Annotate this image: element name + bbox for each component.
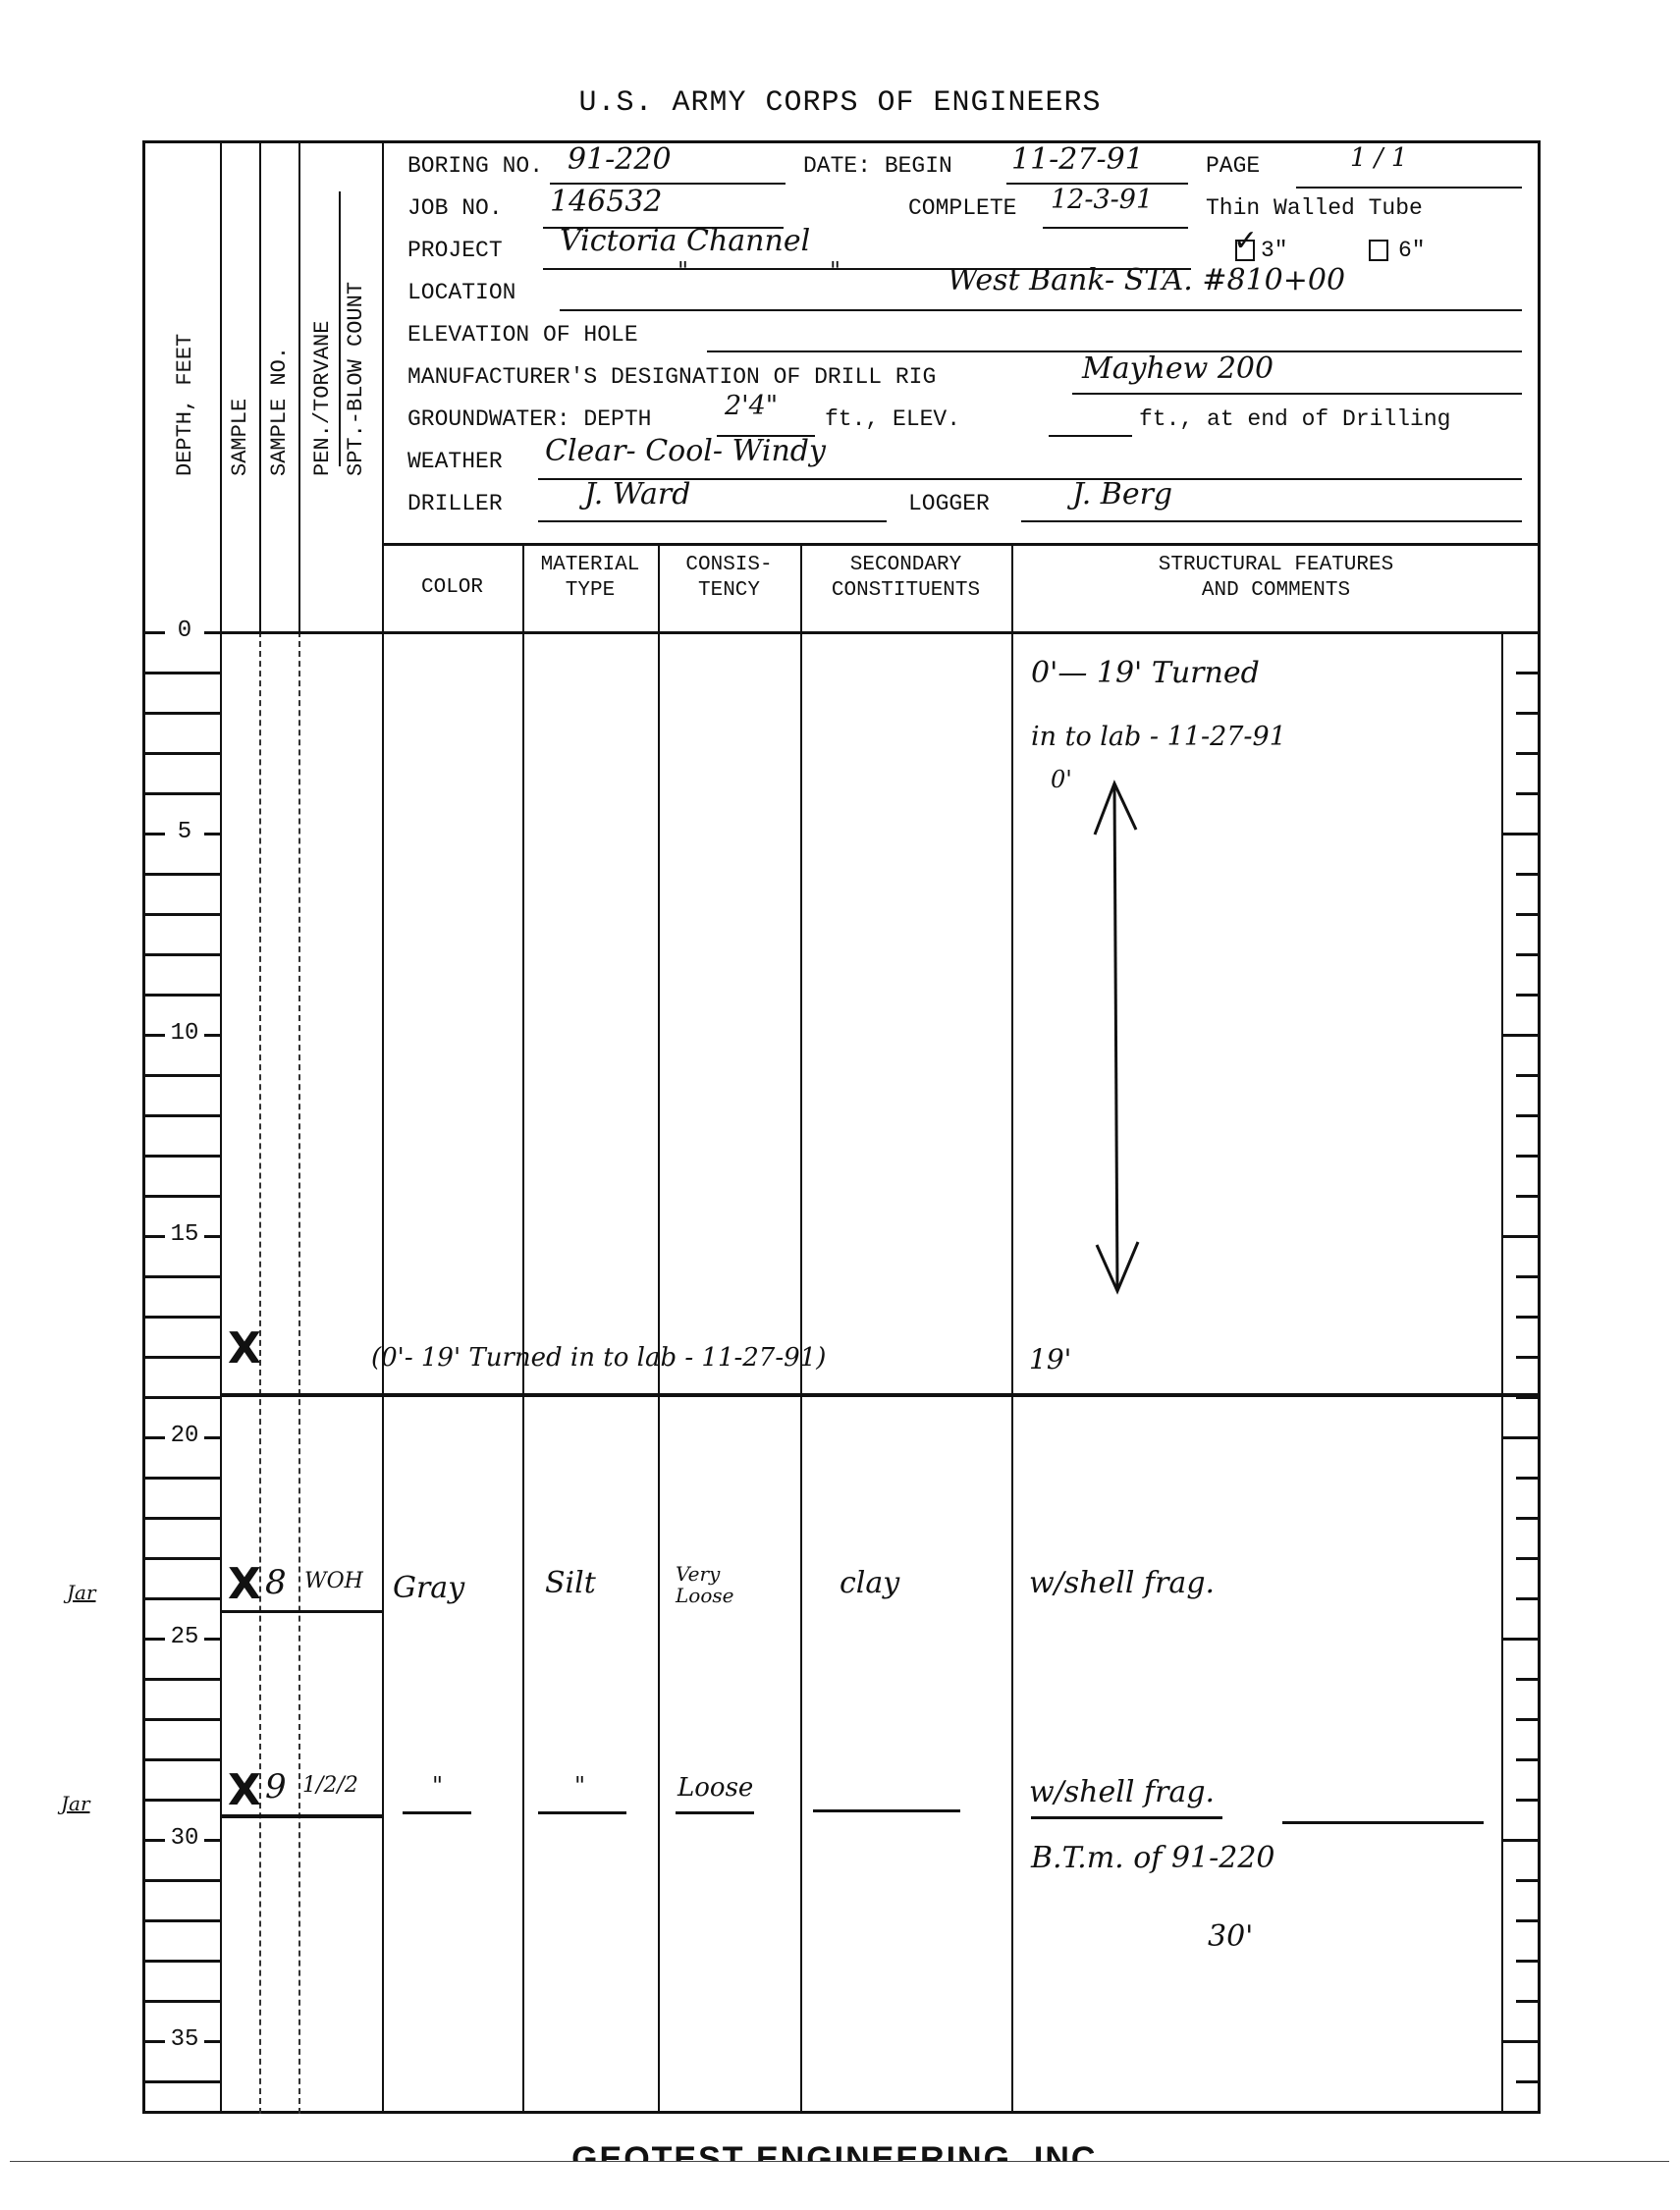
elevation-label: ELEVATION OF HOLE: [407, 322, 638, 348]
ruler-tick: [1501, 1436, 1541, 1439]
driller-underline: [538, 520, 887, 522]
depth-tick: [145, 1799, 220, 1802]
ruler-tick: [1501, 2040, 1541, 2043]
document-title: U.S. ARMY CORPS OF ENGINEERS: [0, 86, 1680, 120]
ruler-tick: [1516, 1477, 1541, 1480]
boring-no-label: BORING NO.: [407, 153, 543, 179]
project-value: Victoria Channel: [560, 224, 810, 258]
comment-30ft: w/shell frag.: [1029, 1775, 1215, 1809]
ruler-tick: [1501, 1839, 1541, 1842]
comment-19ft: 19': [1029, 1343, 1071, 1375]
ruler-tick: [1516, 953, 1541, 956]
depth-tick: [202, 2040, 220, 2043]
depth-tick: [202, 1235, 220, 1238]
end-note-30ft-line1: B.T.m. of 91-220: [1031, 1841, 1275, 1875]
tube-6in-checkbox[interactable]: [1369, 240, 1388, 261]
ruler-tick: [1516, 1718, 1541, 1721]
depth-tick: [145, 752, 220, 755]
ruler-tick: [1516, 913, 1541, 916]
comment-0ft-line2: in to lab - 11-27-91: [1031, 722, 1286, 752]
sample-marker-30ft: X: [228, 1769, 261, 1812]
row-note-19ft: (0'- 19' Turned in to lab - 11-27-91): [371, 1343, 826, 1373]
ruler-tick: [1516, 1597, 1541, 1600]
depth-tick: [145, 1758, 220, 1761]
depth-tick: [145, 1477, 220, 1480]
structural-header-line1: STRUCTURAL FEATURES: [1011, 553, 1541, 578]
depth-tick: [145, 1356, 220, 1359]
logger-label: LOGGER: [908, 491, 990, 516]
structural-header-line2: AND COMMENTS: [1011, 578, 1541, 604]
blow-count-24ft: WOH: [304, 1569, 363, 1593]
depth-tick: [145, 1436, 167, 1439]
ruler-tick: [1516, 672, 1541, 674]
footer-rule: [10, 2161, 1669, 2162]
consistency-header-line1: CONSIS-: [658, 553, 800, 578]
depth-tick: [145, 1195, 220, 1198]
location-value: West Bank- STA. #810+00: [948, 263, 1345, 297]
depth-label: 5: [165, 819, 204, 845]
date-begin-label: DATE: BEGIN: [803, 153, 952, 179]
drill-rig-underline: [1072, 393, 1522, 395]
consistency-header: CONSIS- TENCY: [658, 553, 800, 604]
depth-tick: [145, 1718, 220, 1721]
material-column-divider: [658, 543, 660, 2114]
color-column-header: COLOR: [382, 575, 522, 601]
secondary-column-divider: [1011, 543, 1013, 2114]
depth-label: 15: [165, 1221, 204, 1248]
ruler-tick: [1501, 833, 1541, 835]
secondary-header-line2: CONSTITUENTS: [800, 578, 1011, 604]
ruler-tick: [1516, 1074, 1541, 1077]
depth-tick: [145, 1074, 220, 1077]
page-label: PAGE: [1206, 153, 1260, 179]
depth-tick: [145, 1034, 167, 1037]
job-no-label: JOB NO.: [407, 195, 503, 221]
ruler-tick: [1516, 792, 1541, 795]
thin-walled-tube-label: Thin Walled Tube: [1206, 195, 1423, 221]
ruler-tick: [1516, 873, 1541, 876]
comment-24ft: w/shell frag.: [1029, 1566, 1215, 1600]
depth-tick: [145, 1235, 167, 1238]
depth-tick: [145, 2040, 167, 2043]
boring-end-line: [1282, 1821, 1484, 1824]
pen-torvane-label: PEN./TORVANE: [310, 321, 335, 476]
date-begin-value: 11-27-91: [1011, 142, 1144, 177]
page-underline: [1296, 187, 1522, 189]
depth-tick: [145, 1919, 220, 1922]
material-type-header: MATERIAL TYPE: [522, 553, 658, 604]
logger-value: J. Berg: [1072, 477, 1172, 512]
consistency-header-line2: TENCY: [658, 578, 800, 604]
footer-company-name: GEOTEST ENGINEERING, INC.: [0, 2140, 1680, 2162]
material-30ft-dash: [538, 1811, 626, 1814]
date-complete-value: 12-3-91: [1051, 185, 1153, 215]
logger-underline: [1021, 520, 1522, 522]
secondary-30ft-dash: [813, 1809, 960, 1812]
blow-count-30ft: 1/2/2: [302, 1773, 358, 1798]
depth-tick: [145, 1597, 220, 1600]
ruler-column-divider: [1501, 631, 1503, 2114]
ruler-tick: [1516, 1919, 1541, 1922]
depth-tick: [145, 1114, 220, 1117]
depth-zero-line: [142, 631, 1541, 634]
location-ditto-2: ": [830, 257, 840, 285]
weather-label: WEATHER: [407, 449, 503, 474]
location-underline: [560, 309, 1522, 311]
consistency-30ft-dash: [676, 1811, 754, 1814]
groundwater-elev-underline: [1049, 435, 1132, 437]
groundwater-depth-value: 2'4": [725, 391, 778, 421]
depth-label: 0: [165, 618, 204, 644]
ruler-tick: [1516, 752, 1541, 755]
depth-tick: [202, 1436, 220, 1439]
ruler-tick: [1516, 1799, 1541, 1802]
drill-rig-value: Mayhew 200: [1082, 351, 1274, 386]
complete-label: COMPLETE: [908, 195, 1016, 221]
ruler-tick: [1516, 2000, 1541, 2003]
consistency-30ft: Loose: [677, 1773, 753, 1803]
secondary-header-line1: SECONDARY: [800, 553, 1011, 578]
groundwater-label: GROUNDWATER: DEPTH: [407, 406, 651, 432]
depth-label: 20: [165, 1423, 204, 1449]
sample-no-column-divider-top: [298, 140, 300, 631]
location-ditto-1: ": [677, 257, 688, 285]
depth-tick: [145, 2080, 220, 2083]
check-mark-icon: ✓: [1233, 224, 1258, 258]
sample-no-24ft: 8: [265, 1563, 287, 1602]
sample-line-24ft: [220, 1610, 382, 1613]
color-30ft: ": [432, 1772, 443, 1800]
job-no-value: 146532: [550, 185, 663, 219]
depth-column-label: DEPTH, FEET: [173, 334, 197, 476]
structural-features-header: STRUCTURAL FEATURES AND COMMENTS: [1011, 553, 1541, 604]
depth-range-arrow-icon: [1075, 776, 1154, 1306]
ruler-tick: [1516, 1356, 1541, 1359]
ruler-tick: [1516, 1960, 1541, 1963]
comment-0ft-line1: 0'— 19' Turned: [1031, 656, 1260, 690]
header-row-boring: BORING NO.: [407, 153, 543, 179]
ruler-tick: [1516, 1758, 1541, 1761]
consistency-column-divider: [800, 543, 802, 2114]
sample-no-column-label: SAMPLE NO.: [267, 347, 292, 476]
depth-tick: [145, 1396, 220, 1399]
ruler-tick: [1516, 1195, 1541, 1198]
groundwater-end-label: ft., at end of Drilling: [1139, 406, 1450, 432]
location-label: LOCATION: [407, 280, 515, 305]
color-30ft-dash: [403, 1811, 471, 1814]
ruler-tick: [1516, 1879, 1541, 1882]
depth-tick: [202, 833, 220, 835]
depth-label: 35: [165, 2026, 204, 2053]
depth-tick: [145, 1839, 167, 1842]
margin-note-24ft: Jar: [67, 1581, 96, 1604]
depth-tick: [202, 1638, 220, 1641]
ruler-tick: [1501, 1235, 1541, 1238]
secondary-constituents-24ft: clay: [840, 1566, 899, 1600]
driller-label: DRILLER: [407, 491, 503, 516]
spt-blow-count-label: SPT.-BLOW COUNT: [344, 282, 368, 476]
sample-no-column-divider: [298, 631, 300, 2114]
depth-tick: [145, 913, 220, 916]
date-complete-underline: [1043, 227, 1188, 229]
ruler-tick: [1516, 1557, 1541, 1560]
sample-marker-19ft: X: [228, 1327, 261, 1371]
depth-label: 25: [165, 1624, 204, 1650]
sample-column-label: SAMPLE: [228, 399, 252, 476]
color-24ft: Gray: [393, 1571, 464, 1605]
depth-tick: [145, 2000, 220, 2003]
depth-tick: [145, 712, 220, 715]
depth-tick: [145, 1155, 220, 1158]
depth-tick: [145, 1960, 220, 1963]
ruler-tick: [1516, 1517, 1541, 1520]
project-label: PROJECT: [407, 238, 503, 263]
ruler-tick: [1516, 994, 1541, 997]
ruler-tick: [1501, 1638, 1541, 1641]
ruler-tick: [1516, 712, 1541, 715]
depth-tick: [145, 1275, 220, 1278]
pen-spt-fraction-line: [339, 191, 341, 466]
tube-3in-label: 3": [1261, 238, 1288, 263]
depth-tick: [145, 994, 220, 997]
depth-tick: [145, 1678, 220, 1681]
ruler-tick: [1516, 1114, 1541, 1117]
consistency-24ft: Very Loose: [676, 1563, 764, 1606]
ruler-tick: [1516, 1678, 1541, 1681]
sample-line-30ft: [220, 1814, 382, 1818]
sample-column-divider-top: [259, 140, 261, 631]
material-type-header-line1: MATERIAL: [522, 553, 658, 578]
groundwater-ft-elev-label: ft., ELEV.: [825, 406, 960, 432]
depth-tick: [145, 873, 220, 876]
sample-no-30ft: 9: [265, 1767, 287, 1806]
ruler-tick: [1501, 1034, 1541, 1037]
secondary-constituents-header: SECONDARY CONSTITUENTS: [800, 553, 1011, 604]
drill-rig-label: MANUFACTURER'S DESIGNATION OF DRILL RIG: [407, 364, 936, 390]
weather-value: Clear- Cool- Windy: [545, 434, 826, 468]
margin-note-30ft: Jar: [61, 1792, 90, 1815]
depth-label: 30: [165, 1825, 204, 1852]
depth-tick: [202, 1839, 220, 1842]
ruler-tick: [1516, 1275, 1541, 1278]
pen-column-divider: [382, 140, 384, 2114]
material-type-30ft: ": [574, 1772, 585, 1800]
depth-19ft-line: [220, 1393, 1541, 1397]
depth-tick: [145, 1638, 167, 1641]
material-type-header-line2: TYPE: [522, 578, 658, 604]
depth-tick: [145, 953, 220, 956]
depth-tick: [145, 833, 167, 835]
tube-6in-label: 6": [1398, 238, 1426, 263]
ruler-tick: [1516, 2080, 1541, 2083]
boring-no-value: 91-220: [568, 142, 672, 177]
comment-0ft-line3: 0': [1051, 766, 1072, 793]
ruler-tick: [1516, 1155, 1541, 1158]
ruler-tick: [1516, 1316, 1541, 1319]
depth-tick: [145, 1879, 220, 1882]
end-note-30ft-line2: 30': [1208, 1919, 1253, 1954]
sample-marker-24ft: X: [228, 1563, 261, 1606]
header-divider: [382, 543, 1541, 546]
color-column-divider: [522, 543, 524, 2114]
depth-tick: [202, 1034, 220, 1037]
driller-value: J. Ward: [584, 477, 690, 512]
depth-tick: [145, 792, 220, 795]
comment-30ft-underline: [1031, 1816, 1222, 1819]
depth-tick: [145, 672, 220, 674]
depth-tick: [145, 1316, 220, 1319]
depth-tick: [145, 1557, 220, 1560]
depth-tick: [145, 1517, 220, 1520]
page-value: 1 / 1: [1350, 143, 1407, 173]
depth-label: 10: [165, 1020, 204, 1047]
material-type-24ft: Silt: [545, 1566, 596, 1600]
